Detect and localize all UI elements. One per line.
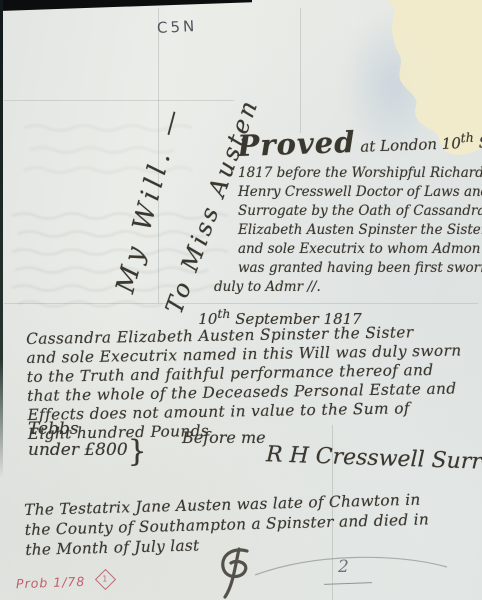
margin-brace: } xyxy=(128,434,147,469)
probate-act-block: Proved at London 10th Sepr 1817 before t… xyxy=(238,136,482,297)
archive-reference-stamp: Prob 1/78 xyxy=(16,574,86,591)
reference-badge: 1 xyxy=(95,569,116,590)
fold-line xyxy=(4,100,234,101)
probate-line: Surrogate by the Oath of Cassandra xyxy=(238,202,482,221)
probate-line: Henry Cresswell Doctor of Laws and — xyxy=(238,183,482,202)
bleedthrough-text xyxy=(20,118,220,178)
estate-value-note: Tebbs under £800} xyxy=(28,419,147,462)
probate-line: duly to Admr //. xyxy=(214,278,482,297)
probate-line: Elizabeth Austen Spinster the Sister xyxy=(238,221,482,240)
scanner-edge-top xyxy=(0,0,252,11)
scanned-will-document: C5N My Will. — To Miss Austen Proved at … xyxy=(0,0,482,600)
fold-line xyxy=(300,8,301,133)
surrogate-signature: R H Cresswell Surrte— xyxy=(266,442,482,476)
probate-opening-line: Proved at London 10th Sepr xyxy=(237,127,482,161)
probate-line: 1817 before the Worshipful Richard xyxy=(238,164,482,183)
pencil-code-annotation: C5N xyxy=(157,17,198,37)
margin-value: under £800} xyxy=(28,440,147,462)
probate-line: and sole Executrix to whom Admon xyxy=(238,240,482,259)
pencil-stroke xyxy=(255,557,447,575)
scanner-edge-left xyxy=(0,0,3,478)
before-me-label: Before me xyxy=(182,428,266,447)
proved-word: Proved xyxy=(237,125,356,163)
ink-flourish xyxy=(195,545,455,600)
probate-line: was granted having been first sworn xyxy=(238,259,482,278)
page-number-pencil: 2 xyxy=(338,557,349,577)
